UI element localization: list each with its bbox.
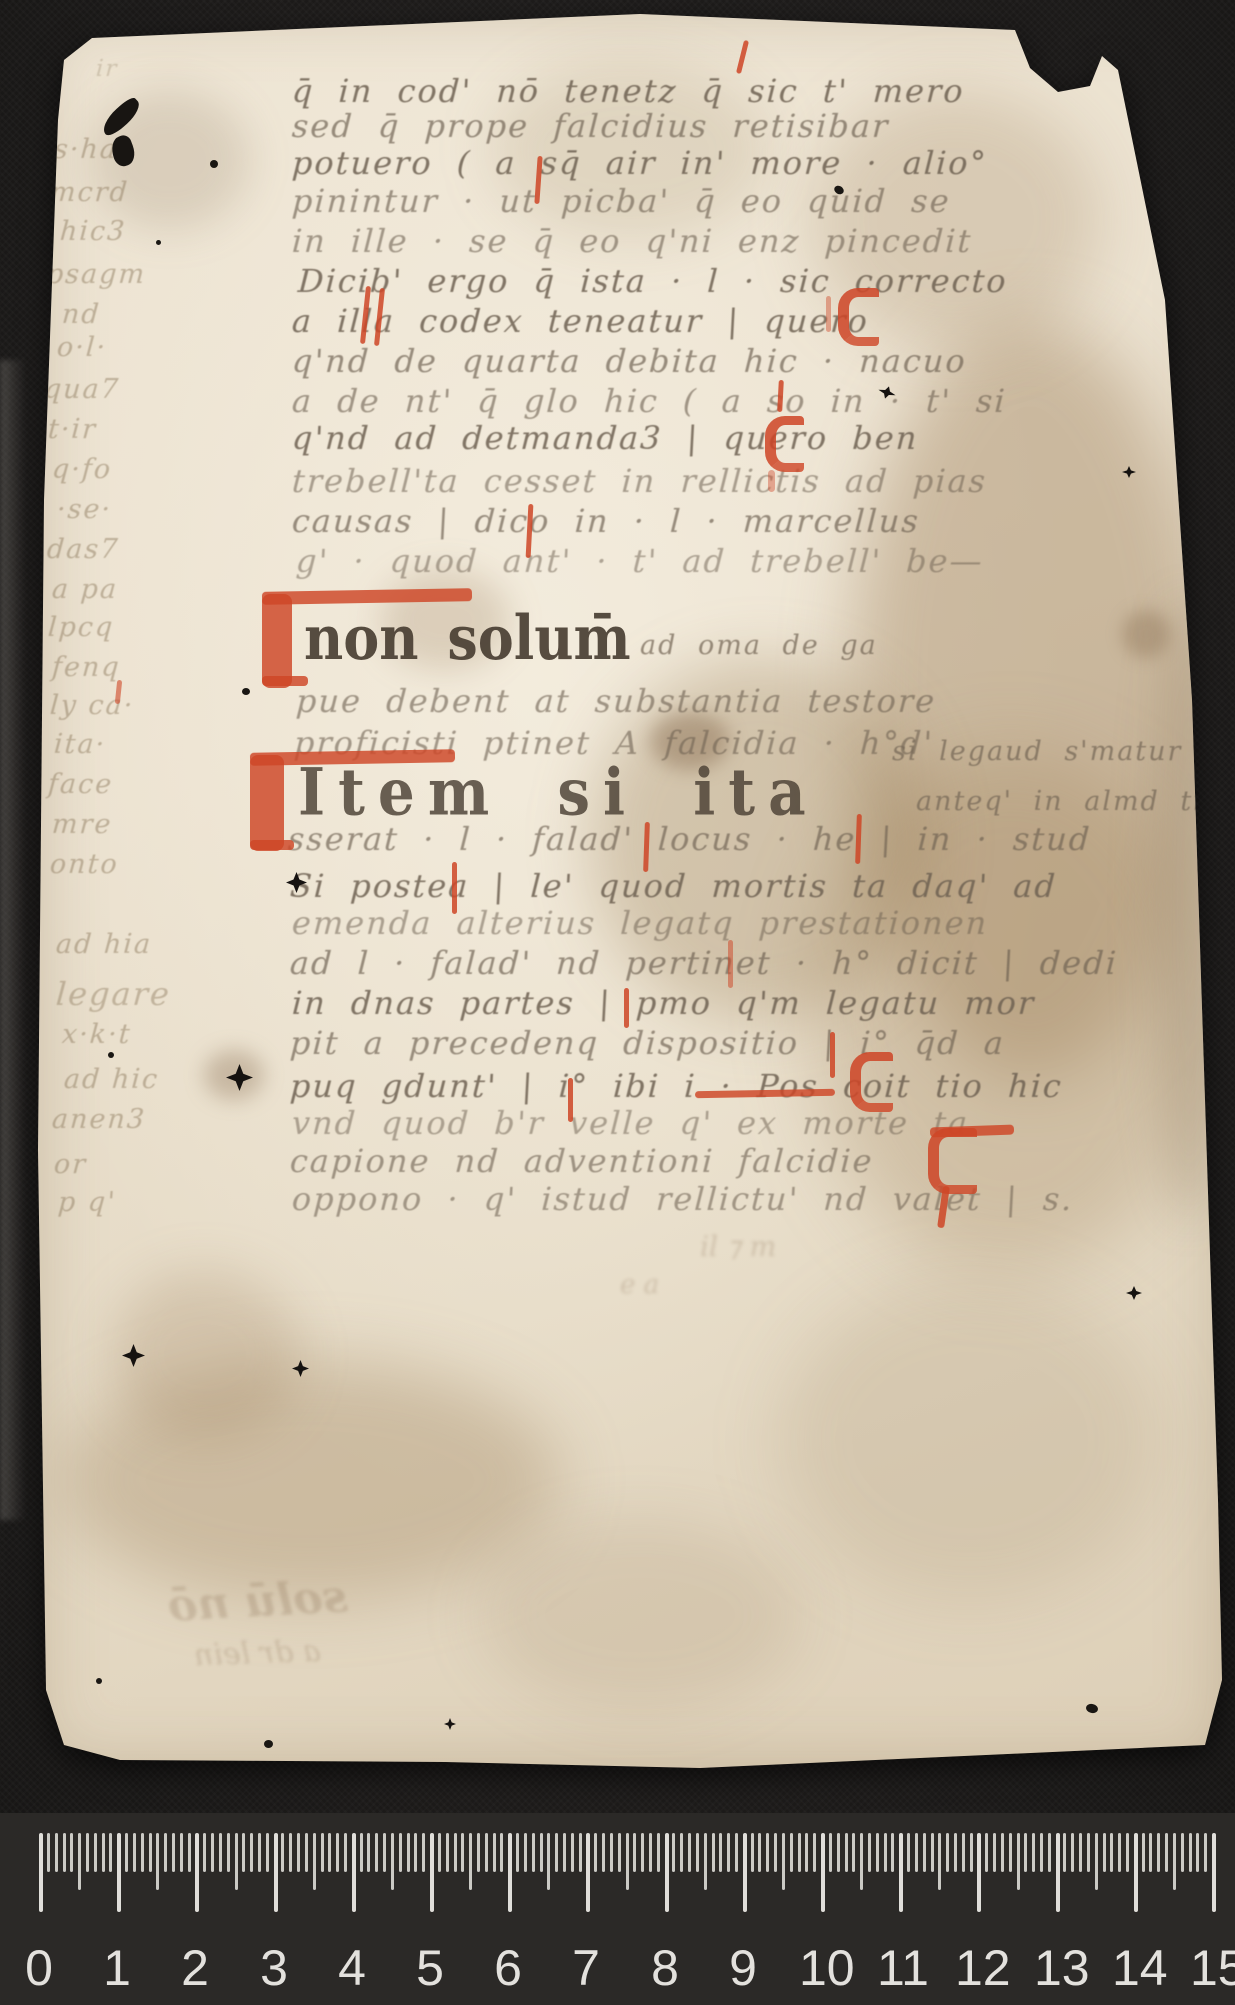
ruler-tick: [1048, 1833, 1051, 1872]
ruler-tick: [493, 1833, 496, 1872]
wormhole: [444, 1718, 456, 1730]
ruler-tick: [203, 1833, 206, 1872]
margin-fragment: onto: [49, 849, 120, 880]
ruler-tick: [1040, 1833, 1043, 1872]
ruler-tick: [524, 1833, 527, 1872]
margin-fragment: hic3: [59, 216, 127, 247]
stain-bottom-right: [780, 1280, 1160, 1600]
ruler-number: 5: [408, 1939, 452, 1997]
ruler-tick: [360, 1833, 363, 1872]
rubric-initial-foot: [262, 676, 308, 686]
ruler-tick: [633, 1833, 636, 1872]
text-line: potuero ( a sq̄ air in' more · alio°: [291, 144, 989, 182]
ruler-tick: [1204, 1833, 1207, 1872]
ruler-tick: [70, 1833, 73, 1872]
ruler-tick: [219, 1833, 222, 1872]
ruler-tick: [180, 1833, 183, 1872]
ruler-tick: [868, 1833, 871, 1872]
ruler-tick: [1009, 1833, 1012, 1872]
ruler-tick: [1079, 1833, 1082, 1872]
margin-fragment: face: [47, 769, 114, 800]
margin-fragment: o·l·: [56, 332, 108, 363]
ruler-tick: [266, 1833, 269, 1872]
ruler-tick: [297, 1833, 300, 1872]
margin-fragment: lpcq: [47, 612, 115, 643]
ruler-tick: [758, 1833, 761, 1872]
ruler-tick: [86, 1833, 89, 1872]
ruler-tick: [477, 1833, 480, 1872]
ruler-tick: [195, 1833, 199, 1912]
ruler-tick: [790, 1833, 793, 1872]
ruler-tick: [258, 1833, 261, 1872]
ruler-tick: [1212, 1833, 1216, 1912]
margin-fragment: psagm: [45, 259, 147, 290]
ruler-tick: [954, 1833, 957, 1872]
ruler-tick: [305, 1833, 308, 1872]
text-line: causas | dico in · l · marcellus: [291, 502, 921, 540]
ruler-tick: [626, 1833, 629, 1890]
ruler-tick: [1001, 1833, 1004, 1872]
side-note: ad oma de ga: [640, 630, 878, 661]
ruler-tick: [1196, 1833, 1199, 1872]
ruler-tick: [1134, 1833, 1138, 1912]
margin-fragment: anen3: [51, 1104, 147, 1135]
ruler-tick: [414, 1833, 417, 1872]
text-line: puq gdunt' | i° ibi i · Pos coit tio hic: [289, 1067, 1064, 1105]
ruler-tick: [149, 1833, 152, 1872]
ruler-tick: [876, 1833, 879, 1872]
ruler-tick: [1173, 1833, 1176, 1890]
ruler-tick: [993, 1833, 996, 1872]
rubric-drip: [768, 470, 775, 492]
ruler-tick: [586, 1833, 590, 1912]
wormhole: [1126, 1286, 1142, 1300]
parchment-leaf: ir s·hac mcrd hic3 psagm nd o·l· qua7 t·…: [36, 8, 1226, 1770]
ruler-tick: [289, 1833, 292, 1872]
ruler-tick: [352, 1833, 356, 1912]
ruler-tick: [946, 1833, 949, 1872]
text-line: in dnas partes | pmo q'm legatu mor: [291, 984, 1036, 1022]
ruler-tick: [55, 1833, 58, 1872]
text-line: q̄ in cod' nō tenetz q̄ sic t' mero: [291, 72, 966, 110]
ruler-tick: [1189, 1833, 1192, 1872]
text-line: ad l · falad' nd pertinet · h° dicit | d…: [289, 944, 1119, 982]
margin-fragment: ·se·: [56, 494, 113, 525]
ruler-tick: [391, 1833, 394, 1890]
ruler-tick: [555, 1833, 558, 1872]
rubric-slash: [736, 40, 749, 74]
showthrough-fragment: a dr lein: [193, 1634, 321, 1673]
rubric-initial-bar: [262, 594, 292, 688]
ruler-tick: [1103, 1833, 1106, 1872]
ruler-tick: [235, 1833, 238, 1890]
ruler-tick: [852, 1833, 855, 1872]
ruler-tick: [657, 1833, 660, 1872]
ruler-tick: [1142, 1833, 1145, 1872]
ruler-tick: [336, 1833, 339, 1872]
ruler-tick: [1110, 1833, 1113, 1872]
ink-speck: [96, 1678, 102, 1684]
ruler-tick: [188, 1833, 191, 1872]
margin-fragment: or: [53, 1149, 88, 1180]
ruler-tick: [141, 1833, 144, 1872]
ruler-tick: [47, 1833, 50, 1872]
ruler-tick: [133, 1833, 136, 1872]
rubric-slash: [452, 862, 457, 914]
ruler-tick: [649, 1833, 652, 1872]
text-line: trebell'ta cesset in rellictis ad pias: [291, 462, 988, 500]
ruler-number: 10: [799, 1939, 843, 1997]
showthrough-fragment: e a: [620, 1270, 659, 1300]
rubric-initial-bar: [250, 755, 284, 851]
ruler-tick: [1149, 1833, 1152, 1872]
showthrough-fragment: il ⁊ m: [700, 1230, 776, 1263]
ruler-tick: [1157, 1833, 1160, 1872]
text-line: pue debent at substantia testore: [295, 682, 937, 720]
ruler-tick: [610, 1833, 613, 1872]
ruler-number: 3: [252, 1939, 296, 1997]
margin-fragment: a pa: [51, 574, 119, 605]
ruler-tick: [579, 1833, 582, 1872]
ruler-tick: [274, 1833, 278, 1912]
margin-fragment: x·k·t: [61, 1019, 133, 1050]
showthrough-heading: solū nō: [167, 1571, 349, 1631]
stain-bottom-center: [480, 1520, 800, 1710]
rubric-paraph-c: [850, 1052, 893, 1112]
side-note: anteq' in almd tia: [916, 786, 1222, 817]
ruler-tick: [1181, 1833, 1184, 1872]
ruler-tick: [102, 1833, 105, 1872]
ruler-tick: [78, 1833, 81, 1890]
margin-fragment: das7: [46, 534, 121, 565]
ruler-tick: [94, 1833, 97, 1872]
ruler-tick: [774, 1833, 777, 1872]
ruler-number: 6: [486, 1939, 530, 1997]
ruler-tick: [696, 1833, 699, 1872]
ruler-tick: [430, 1833, 434, 1912]
ruler-tick: [532, 1833, 535, 1872]
ruler-tick: [743, 1833, 747, 1912]
ruler-tick: [485, 1833, 488, 1872]
ruler-number: 13: [1034, 1939, 1078, 1997]
ruler-number: 11: [877, 1939, 921, 1997]
text-line: g' · quod ant' · t' ad trebell' be—: [295, 542, 985, 580]
text-line: Dicib' ergo q̄ ista · l · sic correcto: [297, 262, 1009, 300]
ruler-tick: [109, 1833, 112, 1872]
ruler-tick: [461, 1833, 464, 1872]
ruler-tick: [884, 1833, 887, 1872]
ruler-number: 2: [173, 1939, 217, 1997]
ruler-number: 8: [643, 1939, 687, 1997]
ruler-tick: [454, 1833, 457, 1872]
ruler-tick: [602, 1833, 605, 1872]
heading-item-si-ita: Item si ita: [298, 754, 819, 830]
rubric-paraph-c: [928, 1128, 977, 1194]
text-line: q'nd de quarta debita hic · nacuo: [291, 342, 968, 380]
margin-fragment: ir: [95, 56, 119, 82]
rubric-slash: [728, 940, 733, 988]
ruler-number: 0: [17, 1939, 61, 1997]
ruler-tick: [321, 1833, 324, 1872]
ruler-tick: [383, 1833, 386, 1872]
ruler-tick: [367, 1833, 370, 1872]
ruler-tick: [751, 1833, 754, 1872]
ruler-tick: [571, 1833, 574, 1872]
ruler-tick: [500, 1833, 503, 1872]
ruler-tick: [211, 1833, 214, 1872]
text-line: Si postea | le' quod mortis ta daq' ad: [289, 867, 1058, 905]
rubric-initial-foot: [250, 840, 294, 850]
text-line: a de nt' q̄ glo hic ( a so in · t' si: [291, 382, 1008, 420]
ruler-tick: [688, 1833, 691, 1872]
margin-fragment: qua7: [43, 374, 121, 405]
margin-fragment: ita·: [53, 729, 107, 760]
ruler-tick: [641, 1833, 644, 1872]
rubric-slash: [826, 296, 831, 332]
ruler-tick: [156, 1833, 159, 1890]
ruler-tick: [845, 1833, 848, 1872]
ruler-tick: [469, 1833, 472, 1890]
ruler-tick: [375, 1833, 378, 1872]
ruler-tick: [1024, 1833, 1027, 1872]
ruler-tick: [923, 1833, 926, 1872]
margin-fragment: nd: [61, 299, 102, 330]
ruler-tick: [938, 1833, 941, 1890]
rubric-slash: [568, 1078, 573, 1122]
ruler-tick: [712, 1833, 715, 1872]
ruler-tick: [540, 1833, 543, 1872]
ruler-tick: [805, 1833, 808, 1872]
stain-right-edge-streak: [1154, 600, 1224, 1220]
ruler-number: 15: [1190, 1939, 1234, 1997]
ruler-tick: [117, 1833, 121, 1912]
ink-speck: [1085, 1703, 1099, 1714]
text-line: sed q̄ prope falcidius retisibar: [291, 107, 890, 145]
margin-fragment: p q': [57, 1187, 118, 1218]
ruler-tick: [766, 1833, 769, 1872]
ruler-tick: [125, 1833, 128, 1872]
margin-fragment: q·fo: [51, 454, 113, 485]
ruler-tick: [782, 1833, 785, 1890]
ruler-tick: [665, 1833, 669, 1912]
ruler-tick: [313, 1833, 316, 1890]
margin-fragment: legare: [55, 975, 173, 1013]
ruler-tick: [899, 1833, 903, 1912]
margin-fragment: mcrd: [49, 177, 130, 208]
heading-non-solum: non solum̄: [304, 602, 631, 674]
ruler-tick: [63, 1833, 66, 1872]
text-line: pit a precedenq dispositio | i° q̄d a: [289, 1024, 1006, 1062]
ruler-tick: [1032, 1833, 1035, 1872]
ruler-tick: [399, 1833, 402, 1872]
ruler-tick: [1071, 1833, 1074, 1872]
manuscript-photograph: ir s·hac mcrd hic3 psagm nd o·l· qua7 t·…: [0, 0, 1235, 2005]
ruler-tick: [1118, 1833, 1121, 1872]
ruler-tick: [727, 1833, 730, 1872]
ruler-tick: [446, 1833, 449, 1872]
ruler-tick: [1063, 1833, 1066, 1872]
margin-fragment: ly ca·: [49, 690, 135, 721]
ruler-tick: [250, 1833, 253, 1872]
margin-fragment: fenq: [51, 652, 122, 683]
ruler-number: 4: [330, 1939, 374, 1997]
ink-speck: [242, 688, 250, 695]
ruler-tick: [422, 1833, 425, 1872]
ruler-tick: [931, 1833, 934, 1872]
text-line: in ille · se q̄ eo q'ni enz pincedit: [291, 222, 973, 260]
ruler-tick: [172, 1833, 175, 1872]
ink-speck: [156, 240, 161, 245]
ruler-tick: [227, 1833, 230, 1872]
ruler-tick: [1165, 1833, 1168, 1872]
ruler-number: 9: [721, 1939, 765, 1997]
margin-fragment: ad hic: [63, 1064, 160, 1095]
ruler-tick: [516, 1833, 519, 1872]
rubric-slash: [830, 1032, 835, 1078]
ruler-tick: [907, 1833, 910, 1872]
ruler-tick: [977, 1833, 981, 1912]
text-line: capione nd adventioni falcidie: [289, 1142, 874, 1180]
ruler-tick: [1126, 1833, 1129, 1872]
ruler-tick: [915, 1833, 918, 1872]
ruler-tick: [891, 1833, 894, 1872]
ruler-tick: [837, 1833, 840, 1872]
ruler-tick: [281, 1833, 284, 1872]
text-line: sserat · l · falad' locus · he | in · st…: [287, 820, 1092, 858]
ruler-tick: [680, 1833, 683, 1872]
ink-speck: [264, 1740, 273, 1748]
rubric-slash: [624, 988, 629, 1028]
ruler-tick: [985, 1833, 988, 1872]
margin-fragment: mre: [51, 809, 114, 840]
rubric-paraph-c: [765, 416, 804, 472]
ruler-tick: [672, 1833, 675, 1872]
text-line: emenda alterius legatq prestationen: [291, 904, 989, 942]
ruler-tick: [860, 1833, 863, 1890]
ruler-tick: [618, 1833, 621, 1872]
ruler-tick: [970, 1833, 973, 1872]
ruler-tick: [704, 1833, 707, 1890]
ruler-tick: [407, 1833, 410, 1872]
text-line: pinintur · ut picba' q̄ eo quid se: [291, 182, 952, 220]
margin-fragment: t·ir: [47, 414, 98, 445]
ruler-tick: [829, 1833, 832, 1872]
ruler-tick: [594, 1833, 597, 1872]
scale-ruler: 0 1 2 3 4 5 6 7 8 9 10 11 12 13 14 15: [0, 1813, 1235, 2005]
text-line: q'nd ad detmanda3 | quero ben: [291, 419, 919, 457]
ruler-tick: [39, 1833, 43, 1912]
ruler-number: 14: [1112, 1939, 1156, 1997]
rubric-paraph-c: [838, 288, 879, 346]
ruler-tick: [798, 1833, 801, 1872]
ruler-tick: [821, 1833, 825, 1912]
side-note: si legaud s'matur: [892, 736, 1182, 767]
ink-speck: [108, 1052, 114, 1058]
ruler-tick: [242, 1833, 245, 1872]
ruler-tick: [735, 1833, 738, 1872]
ruler-tick: [547, 1833, 550, 1890]
margin-fragment: ad hia: [55, 929, 153, 960]
ruler-tick: [1095, 1833, 1098, 1890]
ruler-tick: [1017, 1833, 1020, 1890]
ink-speck: [210, 160, 218, 168]
ruler-tick: [164, 1833, 167, 1872]
ruler-tick: [328, 1833, 331, 1872]
ruler-tick: [962, 1833, 965, 1872]
stain-right-fleck: [1122, 610, 1170, 658]
ruler-tick: [563, 1833, 566, 1872]
ruler-number: 1: [95, 1939, 139, 1997]
ruler-tick: [1056, 1833, 1060, 1912]
ruler-number: 12: [955, 1939, 999, 1997]
ruler-number: 7: [564, 1939, 608, 1997]
ruler-tick: [1087, 1833, 1090, 1872]
ruler-tick: [813, 1833, 816, 1872]
cloth-edge-highlight: [0, 360, 26, 1520]
ruler-tick: [438, 1833, 441, 1872]
ruler-tick: [719, 1833, 722, 1872]
ruler-tick: [508, 1833, 512, 1912]
ruler-tick: [344, 1833, 347, 1872]
